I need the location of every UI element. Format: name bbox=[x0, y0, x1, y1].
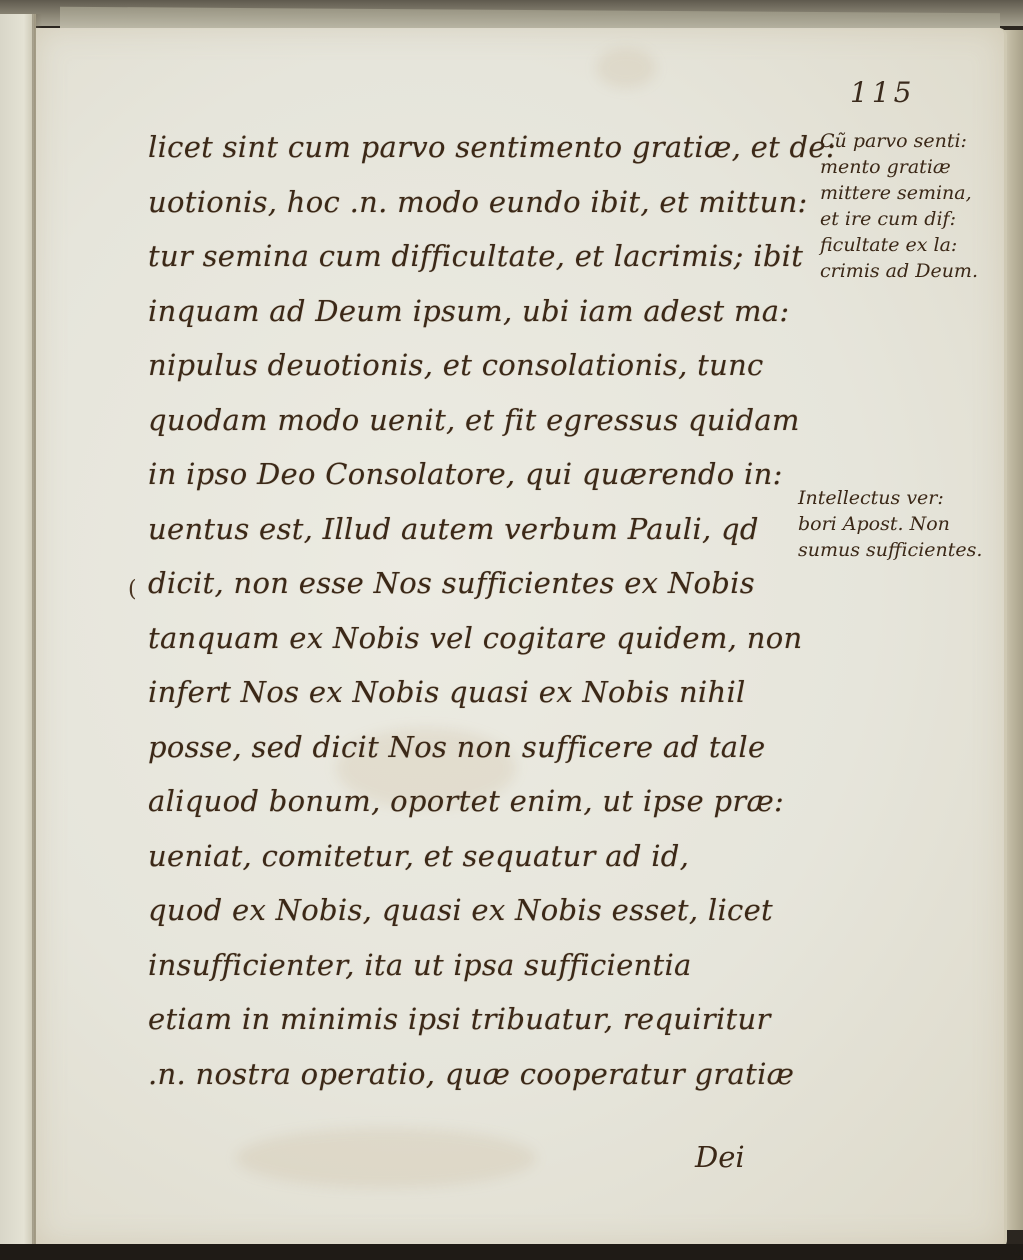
marginal-note-line: et ire cum dif: bbox=[820, 206, 978, 232]
text-line: inquam ad Deum ipsum, ubi iam adest ma: bbox=[148, 284, 808, 339]
margin-bracket-mark: ( bbox=[128, 577, 137, 602]
marginal-note-line: Intellectus ver: bbox=[798, 485, 982, 511]
paper-stain bbox=[596, 48, 656, 88]
marginal-note-line: Cũ parvo senti: bbox=[820, 128, 978, 154]
book-bottom-edge bbox=[0, 1244, 1023, 1260]
text-line: tanquam ex Nobis vel cogitare quidem, no… bbox=[148, 611, 808, 666]
text-line: quodam modo uenit, et fit egressus quida… bbox=[148, 393, 808, 448]
text-line: nipulus deuotionis, et consolationis, tu… bbox=[148, 338, 808, 393]
marginal-note: Intellectus ver: bori Apost. Non sumus s… bbox=[798, 485, 982, 563]
text-line: posse, sed dicit Nos non sufficere ad ta… bbox=[148, 720, 808, 775]
facing-page-edge bbox=[0, 14, 36, 1250]
marginal-note-line: mento gratiæ bbox=[820, 154, 978, 180]
text-line: uotionis, hoc .n. modo eundo ibit, et mi… bbox=[148, 175, 808, 230]
text-line: .n. nostra operatio, quæ cooperatur grat… bbox=[148, 1047, 808, 1102]
marginal-note-line: ficultate ex la: bbox=[820, 232, 978, 258]
marginal-note-line: crimis ad Deum. bbox=[820, 258, 978, 284]
catchword: Dei bbox=[695, 1140, 745, 1174]
text-line: in ipso Deo Consolatore, qui quærendo in… bbox=[148, 447, 808, 502]
text-line: infert Nos ex Nobis quasi ex Nobis nihil bbox=[148, 665, 808, 720]
text-line: licet sint cum parvo sentimento gratiæ, … bbox=[148, 120, 808, 175]
text-line: dicit, non esse Nos sufficientes ex Nobi… bbox=[148, 556, 808, 611]
text-line: aliquod bonum, oportet enim, ut ipse præ… bbox=[148, 774, 808, 829]
paper-stain bbox=[236, 1128, 536, 1188]
text-line: tur semina cum difficultate, et lacrimis… bbox=[148, 229, 808, 284]
text-line: uentus est, Illud autem verbum Pauli, qd bbox=[148, 502, 808, 557]
text-line: ueniat, comitetur, et sequatur ad id, bbox=[148, 829, 808, 884]
main-text-block: licet sint cum parvo sentimento gratiæ, … bbox=[148, 120, 808, 1101]
text-line: etiam in minimis ipsi tribuatur, requiri… bbox=[148, 992, 808, 1047]
marginal-note-line: bori Apost. Non bbox=[798, 511, 982, 537]
folio-number: 115 bbox=[850, 76, 915, 109]
text-line: insufficienter, ita ut ipsa sufficientia bbox=[148, 938, 808, 993]
marginal-note-line: sumus sufficientes. bbox=[798, 537, 982, 563]
marginal-note-line: mittere semina, bbox=[820, 180, 978, 206]
text-line: quod ex Nobis, quasi ex Nobis esset, lic… bbox=[148, 883, 808, 938]
marginal-note: Cũ parvo senti: mento gratiæ mittere sem… bbox=[820, 128, 978, 284]
